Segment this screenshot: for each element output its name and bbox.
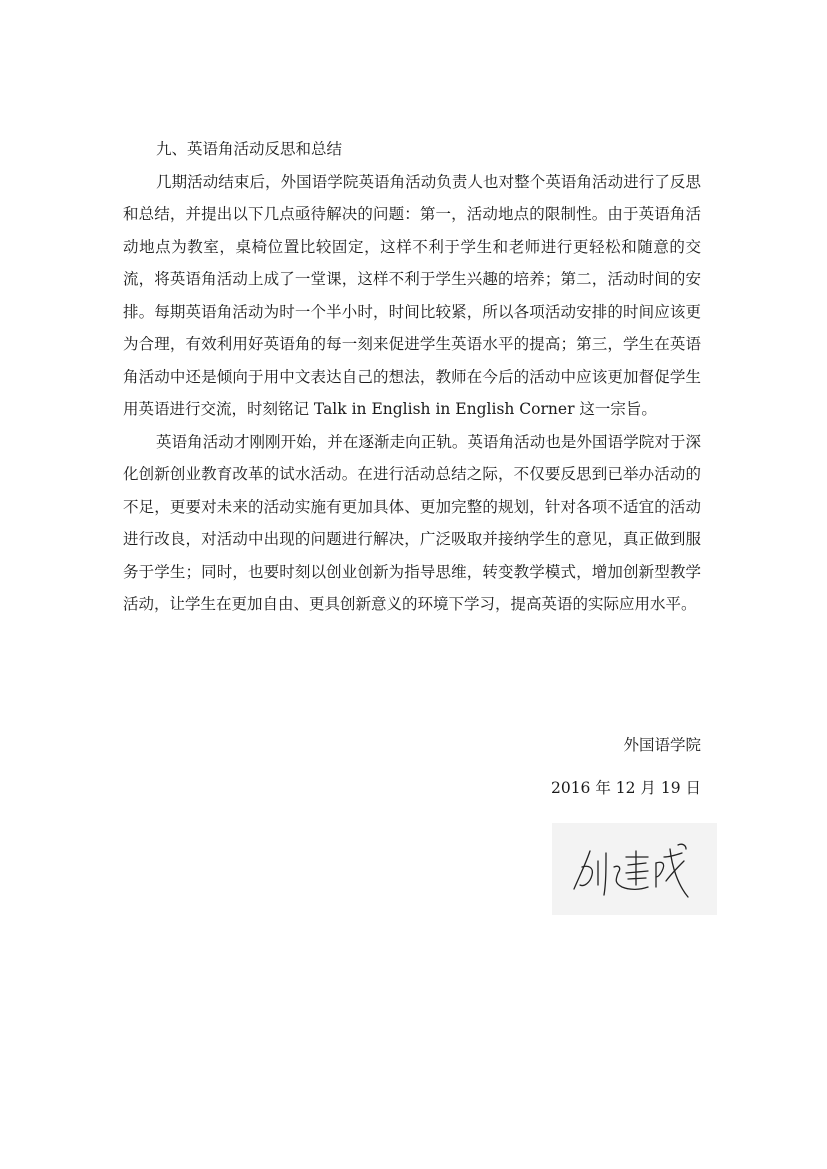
signature-date: 2016 年 12 月 19 日 <box>551 776 701 798</box>
handwritten-signature-image <box>552 823 717 915</box>
paragraph-reflection: 几期活动结束后，外国语学院英语角活动负责人也对整个英语角活动进行了反思和总结，并… <box>123 166 701 426</box>
signature-icon <box>552 823 717 915</box>
document-body: 九、英语角活动反思和总结 几期活动结束后，外国语学院英语角活动负责人也对整个英语… <box>123 133 701 621</box>
signature-organization: 外国语学院 <box>623 733 701 755</box>
document-page: 九、英语角活动反思和总结 几期活动结束后，外国语学院英语角活动负责人也对整个英语… <box>0 0 827 1169</box>
paragraph-outlook: 英语角活动才刚刚开始，并在逐渐走向正轨。英语角活动也是外国语学院对于深化创新创业… <box>123 426 701 621</box>
section-heading: 九、英语角活动反思和总结 <box>123 133 701 166</box>
